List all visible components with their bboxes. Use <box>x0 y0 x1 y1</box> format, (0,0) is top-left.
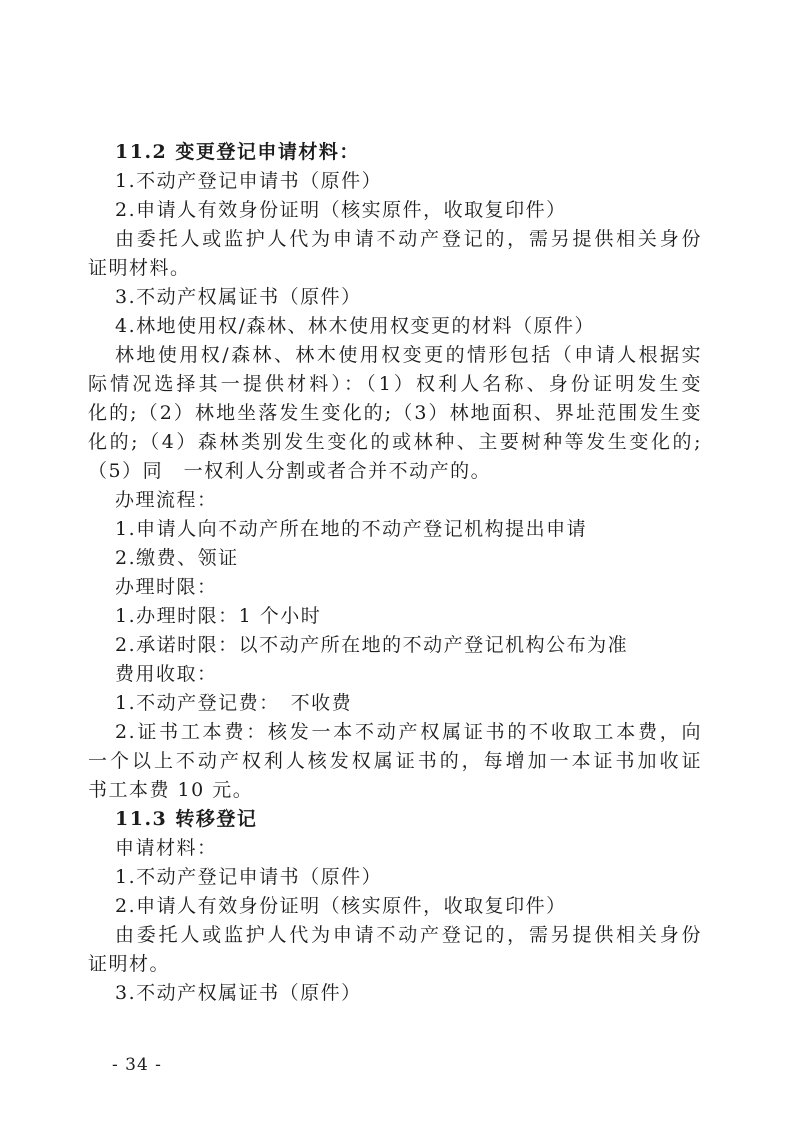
text-line-item-1: 1.办理时限：1 个小时 <box>88 602 702 631</box>
document-text-block: 11.2 变更登记申请材料： 1.不动产登记申请书（原件） 2.申请人有效身份证… <box>88 138 702 1008</box>
text-line-label-timelimit: 办理时限： <box>88 573 702 602</box>
text-line-item-4: 4.林地使用权/森林、林木使用权变更的材料（原件） <box>88 312 702 341</box>
text-line-paragraph-wrap: 化的;（2）林地坐落发生变化的;（3）林地面积、界址范围发生变 <box>88 399 702 428</box>
text-line-paragraph-wrap: （5）同 一权利人分割或者合并不动产的。 <box>88 457 702 486</box>
text-line-item-3: 3.不动产权属证书（原件） <box>88 283 702 312</box>
text-line-paragraph-wrap: 一个以上不动产权利人核发权属证书的，每增加一本证书加收证 <box>88 747 702 776</box>
text-line-paragraph: 林地使用权/森林、林木使用权变更的情形包括（申请人根据实 <box>88 341 702 370</box>
text-line-paragraph-wrap: 书工本费 10 元。 <box>88 776 702 805</box>
page-number: - 34 - <box>112 1055 162 1076</box>
text-line-paragraph: 由委托人或监护人代为申请不动产登记的，需另提供相关身份 <box>88 225 702 254</box>
text-line-item-1: 1.不动产登记申请书（原件） <box>88 167 702 196</box>
text-line-item-2: 2.申请人有效身份证明（核实原件，收取复印件） <box>88 196 702 225</box>
text-line-item-1: 1.申请人向不动产所在地的不动产登记机构提出申请 <box>88 515 702 544</box>
text-line-label-process: 办理流程： <box>88 486 702 515</box>
text-line-item-2: 2.证书工本费：核发一本不动产权属证书的不收取工本费，向 <box>88 718 702 747</box>
text-line-paragraph-wrap: 证明材。 <box>88 950 702 979</box>
text-line-item-1: 1.不动产登记费： 不收费 <box>88 689 702 718</box>
section-heading-11-3: 11.3 转移登记 <box>88 805 702 834</box>
text-line-paragraph-wrap: 际情况选择其一提供材料）：（1）权利人名称、身份证明发生变 <box>88 370 702 399</box>
text-line-item-1: 1.不动产登记申请书（原件） <box>88 863 702 892</box>
text-line-item-3: 3.不动产权属证书（原件） <box>88 979 702 1008</box>
text-line-item-2: 2.缴费、领证 <box>88 544 702 573</box>
text-line-paragraph-wrap: 证明材料。 <box>88 254 702 283</box>
text-line-label-fees: 费用收取： <box>88 660 702 689</box>
text-line-item-2: 2.承诺时限：以不动产所在地的不动产登记机构公布为准 <box>88 631 702 660</box>
text-line-label-materials: 申请材料： <box>88 834 702 863</box>
text-line-paragraph-wrap: 化的;（4）森林类别发生变化的或林种、主要树种等发生变化的; <box>88 428 702 457</box>
section-heading-11-2: 11.2 变更登记申请材料： <box>88 138 702 167</box>
text-line-paragraph: 由委托人或监护人代为申请不动产登记的，需另提供相关身份 <box>88 921 702 950</box>
text-line-item-2: 2.申请人有效身份证明（核实原件，收取复印件） <box>88 892 702 921</box>
